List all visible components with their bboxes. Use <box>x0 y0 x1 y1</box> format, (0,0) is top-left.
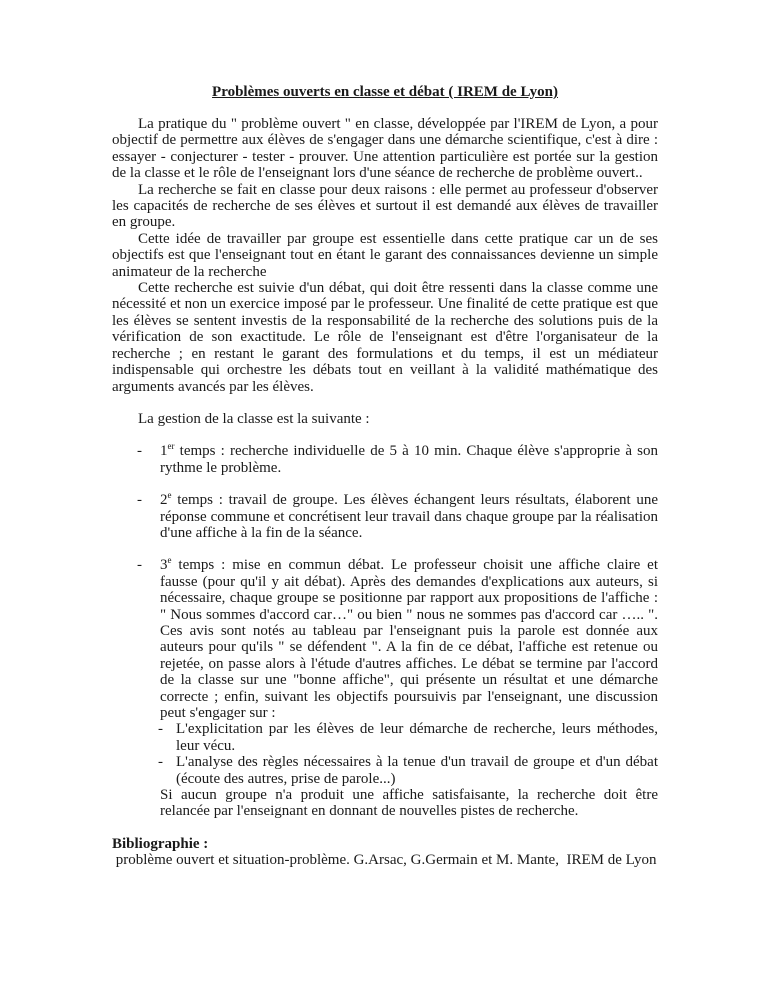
paragraph-group-work: Cette idée de travailler par groupe est … <box>112 231 658 280</box>
dash-bullet: - <box>137 557 142 573</box>
step-text: temps : recherche individuelle de 5 à 10… <box>160 443 658 475</box>
bibliography-section: Bibliographie : problème ouvert et situa… <box>112 836 658 869</box>
dash-bullet: - <box>158 721 163 737</box>
paragraph-debate: Cette recherche est suivie d'un débat, q… <box>112 280 658 395</box>
subitem-text: L'analyse des règles nécessaires à la te… <box>176 754 658 786</box>
subitem-text: L'explicitation par les élèves de leur d… <box>176 721 658 753</box>
document-page: Problèmes ouverts en classe et débat ( I… <box>0 0 768 994</box>
list-item-step-1: -1er temps : recherche individuelle de 5… <box>112 443 658 476</box>
class-management-intro: La gestion de la classe est la suivante … <box>112 411 658 427</box>
discussion-subitem-analyse: -L'analyse des règles nécessaires à la t… <box>160 754 658 787</box>
dash-bullet: - <box>137 492 142 508</box>
page-title: Problèmes ouverts en classe et débat ( I… <box>112 84 658 100</box>
bibliography-heading: Bibliographie : <box>112 836 658 852</box>
dash-bullet: - <box>158 754 163 770</box>
dash-bullet: - <box>137 443 142 459</box>
step-ordinal-suffix: er <box>168 441 175 451</box>
paragraph-research-in-class: La recherche se fait en classe pour deux… <box>112 182 658 231</box>
paragraph-intro: La pratique du " problème ouvert " en cl… <box>112 116 658 182</box>
list-item-step-2: -2e temps : travail de groupe. Les élève… <box>112 492 658 541</box>
step-number: 1 <box>160 443 168 459</box>
step-number: 2 <box>160 492 168 508</box>
step-closing-remark: Si aucun groupe n'a produit une affiche … <box>160 787 658 820</box>
document-content: Problèmes ouverts en classe et débat ( I… <box>112 84 658 869</box>
step-text: temps : travail de groupe. Les élèves éc… <box>160 492 658 541</box>
list-item-step-3: -3e temps : mise en commun débat. Le pro… <box>112 557 658 820</box>
step-number: 3 <box>160 557 168 573</box>
bibliography-entry: problème ouvert et situation-problème. G… <box>112 852 658 868</box>
step-text: temps : mise en commun débat. Le profess… <box>160 557 658 721</box>
discussion-subitem-explicitation: -L'explicitation par les élèves de leur … <box>160 721 658 754</box>
